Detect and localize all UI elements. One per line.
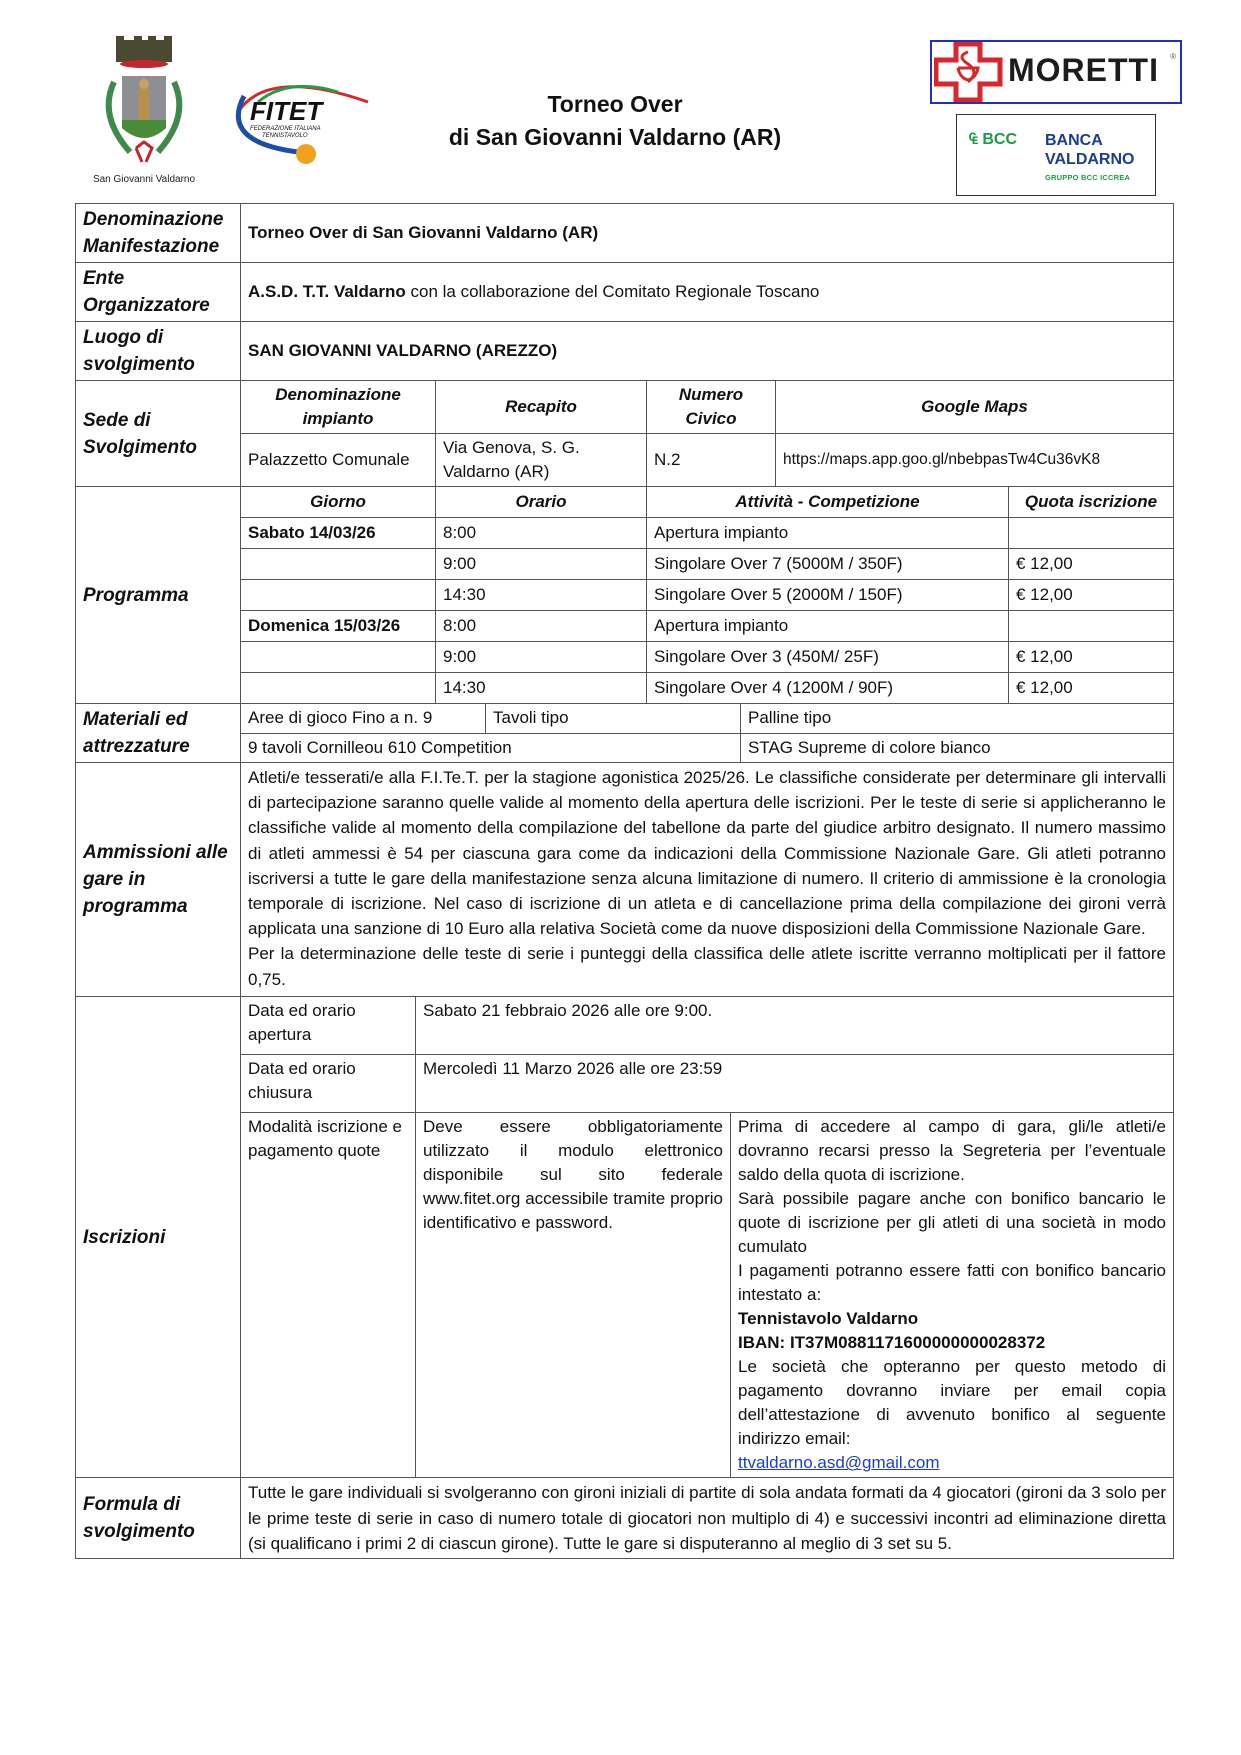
programma-header-attivita: Attività - Competizione bbox=[647, 487, 1009, 517]
google-maps-link[interactable]: https://maps.app.goo.gl/nbebpasTw4Cu36vK… bbox=[776, 434, 1174, 487]
materiali-tavoli-label: Tavoli tipo bbox=[486, 704, 741, 733]
page-title: Torneo Over di San Giovanni Valdarno (AR… bbox=[420, 88, 810, 154]
label-ammissioni: Ammissioni alle gare in programma bbox=[76, 763, 241, 997]
sede-header-3: Google Maps bbox=[776, 381, 1174, 434]
formula-text: Tutte le gare individuali si svolgeranno… bbox=[248, 1480, 1166, 1556]
label-luogo: Luogo di svolgimento bbox=[76, 322, 241, 381]
programma-header-giorno: Giorno bbox=[241, 487, 436, 517]
bcc-banca-valdarno-logo: ₠ BCC BANCA VALDARNO GRUPPO BCC ICCREA bbox=[956, 114, 1156, 196]
row-luogo: Luogo di svolgimento SAN GIOVANNI VALDAR… bbox=[76, 322, 1174, 381]
programma-header-orario: Orario bbox=[436, 487, 647, 517]
row-sede: Sede di Svolgimento Denominazione impian… bbox=[76, 381, 1174, 487]
programma-header-quota: Quota iscrizione bbox=[1009, 487, 1174, 517]
iban: IBAN: IT37M0881171600000000028372 bbox=[738, 1331, 1166, 1355]
label-ente: Ente Organizzatore bbox=[76, 263, 241, 322]
label-iscrizioni: Iscrizioni bbox=[76, 996, 241, 1478]
programma-table: Giorno Orario Attività - Competizione Qu… bbox=[241, 487, 1173, 703]
modalita-label: Modalità iscrizione e pagamento quote bbox=[241, 1113, 416, 1478]
intestatario: Tennistavolo Valdarno bbox=[738, 1307, 1166, 1331]
chiusura-value: Mercoledì 11 Marzo 2026 alle ore 23:59 bbox=[416, 1055, 1174, 1113]
bcc-mark: ₠ BCC bbox=[969, 131, 1017, 149]
programma-row: 14:30 Singolare Over 5 (2000M / 150F) € … bbox=[241, 579, 1173, 610]
tournament-info-table: Denominazione Manifestazione Torneo Over… bbox=[75, 203, 1174, 1559]
chiusura-label: Data ed orario chiusura bbox=[241, 1055, 416, 1113]
svg-text:TENNISTAVOLO: TENNISTAVOLO bbox=[262, 133, 308, 139]
title-line-1: Torneo Over bbox=[420, 88, 810, 121]
moretti-wordmark: MORETTI bbox=[1008, 52, 1159, 89]
bcc-bank-name: BANCA VALDARNO bbox=[1045, 131, 1134, 169]
coat-of-arms-icon bbox=[84, 36, 204, 172]
apertura-value: Sabato 21 febbraio 2026 alle ore 9:00. bbox=[416, 997, 1174, 1055]
fitet-logo: FITET FEDERAZIONE ITALIANA TENNISTAVOLO bbox=[228, 72, 388, 182]
sede-header-1: Recapito bbox=[436, 381, 647, 434]
iscrizioni-table: Data ed orario apertura Sabato 21 febbra… bbox=[241, 997, 1173, 1478]
materiali-palline-label: Palline tipo bbox=[741, 704, 1174, 733]
sede-civico: N.2 bbox=[647, 434, 776, 487]
row-programma: Programma Giorno Orario Attività - Compe… bbox=[76, 487, 1174, 704]
sede-recapito: Via Genova, S. G. Valdarno (AR) bbox=[436, 434, 647, 487]
row-iscrizioni: Iscrizioni Data ed orario apertura Sabat… bbox=[76, 996, 1174, 1478]
materiali-palline-value: STAG Supreme di colore bianco bbox=[741, 733, 1174, 762]
sede-header-0: Denominazione impianto bbox=[241, 381, 436, 434]
sede-table: Denominazione impianto Recapito Numero C… bbox=[241, 381, 1173, 486]
row-denominazione: Denominazione Manifestazione Torneo Over… bbox=[76, 204, 1174, 263]
email-link[interactable]: ttvaldarno.asd@gmail.com bbox=[738, 1453, 940, 1472]
document-page: San Giovanni Valdarno FITET FEDERAZIONE … bbox=[0, 0, 1241, 1755]
programma-row: 9:00 Singolare Over 7 (5000M / 350F) € 1… bbox=[241, 548, 1173, 579]
value-denominazione: Torneo Over di San Giovanni Valdarno (AR… bbox=[241, 204, 1174, 263]
label-denominazione: Denominazione Manifestazione bbox=[76, 204, 241, 263]
comune-coat-of-arms-logo: San Giovanni Valdarno bbox=[84, 36, 204, 186]
title-line-2: di San Giovanni Valdarno (AR) bbox=[420, 121, 810, 154]
row-materiali: Materiali ed attrezzature Aree di gioco … bbox=[76, 704, 1174, 763]
label-sede: Sede di Svolgimento bbox=[76, 381, 241, 487]
bcc-symbol-icon: ₠ bbox=[969, 131, 978, 148]
label-programma: Programma bbox=[76, 487, 241, 704]
row-formula: Formula di svolgimento Tutte le gare ind… bbox=[76, 1478, 1174, 1559]
materiali-table: Aree di gioco Fino a n. 9 Tavoli tipo Pa… bbox=[241, 704, 1173, 762]
bcc-group: GRUPPO BCC ICCREA bbox=[1045, 173, 1130, 182]
svg-text:FITET: FITET bbox=[250, 96, 324, 126]
materiali-tavoli-value: 9 tavoli Cornilleou 610 Competition bbox=[241, 733, 741, 762]
moretti-sponsor-logo: MORETTI ® bbox=[930, 40, 1182, 104]
materiali-aree: Aree di gioco Fino a n. 9 bbox=[241, 704, 486, 733]
row-ammissioni: Ammissioni alle gare in programma Atleti… bbox=[76, 763, 1174, 997]
programma-row: Sabato 14/03/26 8:00 Apertura impianto bbox=[241, 517, 1173, 548]
fitet-swoosh-icon: FITET FEDERAZIONE ITALIANA TENNISTAVOLO bbox=[228, 72, 388, 182]
value-luogo: SAN GIOVANNI VALDARNO (AREZZO) bbox=[241, 322, 1174, 381]
value-ente: A.S.D. T.T. Valdarno con la collaborazio… bbox=[241, 263, 1174, 322]
label-materiali: Materiali ed attrezzature bbox=[76, 704, 241, 763]
apertura-label: Data ed orario apertura bbox=[241, 997, 416, 1055]
pharmacy-cross-icon bbox=[934, 42, 1004, 102]
sede-header-2: Numero Civico bbox=[647, 381, 776, 434]
programma-row: Domenica 15/03/26 8:00 Apertura impianto bbox=[241, 610, 1173, 641]
label-formula: Formula di svolgimento bbox=[76, 1478, 241, 1559]
svg-text:FEDERAZIONE ITALIANA: FEDERAZIONE ITALIANA bbox=[250, 126, 321, 132]
ammissioni-text: Atleti/e tesserati/e alla F.I.Te.T. per … bbox=[248, 765, 1166, 941]
modalita-text: Deve essere obbligatoriamente utilizzato… bbox=[416, 1113, 731, 1478]
pagamento-info: Prima di accedere al campo di gara, gli/… bbox=[731, 1113, 1174, 1478]
ammissioni-text-coefficient: Per la determinazione delle teste di ser… bbox=[248, 941, 1166, 991]
sede-impianto: Palazzetto Comunale bbox=[241, 434, 436, 487]
row-ente: Ente Organizzatore A.S.D. T.T. Valdarno … bbox=[76, 263, 1174, 322]
programma-row: 14:30 Singolare Over 4 (1200M / 90F) € 1… bbox=[241, 672, 1173, 703]
programma-row: 9:00 Singolare Over 3 (450M/ 25F) € 12,0… bbox=[241, 641, 1173, 672]
comune-caption: San Giovanni Valdarno bbox=[84, 174, 204, 185]
registered-mark: ® bbox=[1170, 52, 1176, 61]
